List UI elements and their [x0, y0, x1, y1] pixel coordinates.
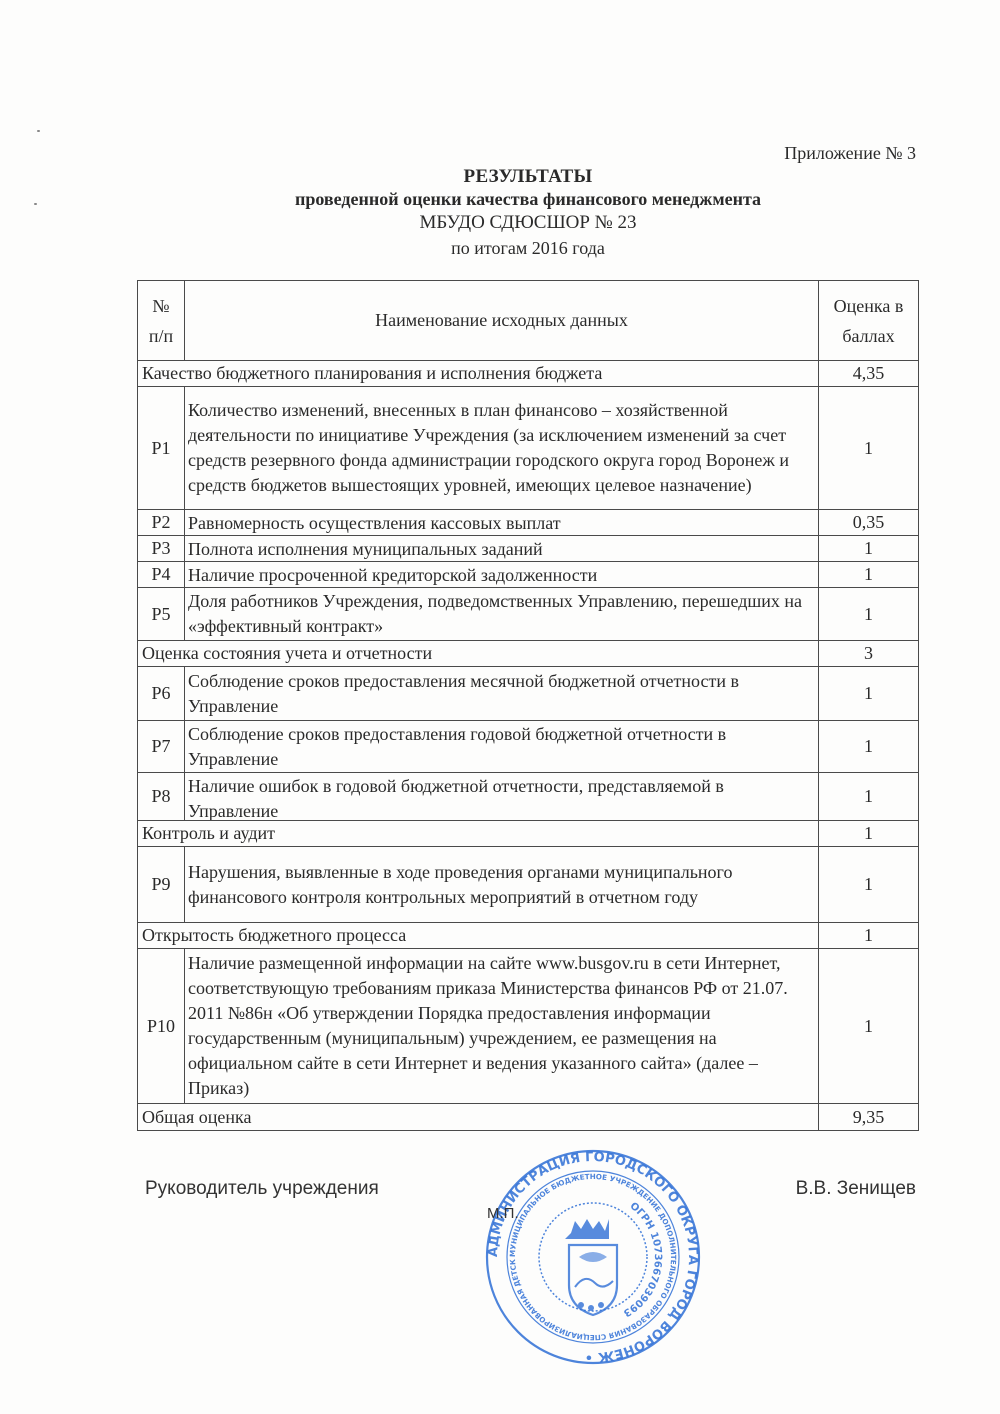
round-seal-icon: АДМИНИСТРАЦИЯ ГОРОДСКОГО ОКРУГА ГОРОД ВО… — [483, 1147, 703, 1367]
table-row: Р2Равномерность осуществления кассовых в… — [138, 510, 919, 536]
row-score: 1 — [819, 847, 919, 923]
row-name: Наличие размещенной информации на сайте … — [185, 949, 819, 1104]
row-number: Р6 — [138, 667, 185, 721]
table-row: Р8Наличие ошибок в годовой бюджетной отч… — [138, 773, 919, 821]
section-score: 3 — [819, 641, 919, 667]
row-name: Количество изменений, внесенных в план ф… — [185, 387, 819, 510]
table-row: Р5Доля работников Учреждения, подведомст… — [138, 588, 919, 641]
section-row: Качество бюджетного планирования и испол… — [138, 361, 919, 387]
table-body: Качество бюджетного планирования и испол… — [138, 361, 919, 1131]
row-number: Р2 — [138, 510, 185, 536]
table-row: Р6Соблюдение сроков предоставления месяч… — [138, 667, 919, 721]
row-score: 1 — [819, 721, 919, 773]
reporting-period: по итогам 2016 года — [0, 238, 1000, 259]
total-row: Общая оценка9,35 — [138, 1104, 919, 1131]
table-row: Р7Соблюдение сроков предоставления годов… — [138, 721, 919, 773]
row-number: Р8 — [138, 773, 185, 821]
section-row: Оценка состояния учета и отчетности3 — [138, 641, 919, 667]
total-score: 9,35 — [819, 1104, 919, 1131]
row-number: Р5 — [138, 588, 185, 641]
row-name: Наличие ошибок в годовой бюджетной отчет… — [185, 773, 819, 821]
row-name: Нарушения, выявленные в ходе проведения … — [185, 847, 819, 923]
table-row: Р10Наличие размещенной информации на сай… — [138, 949, 919, 1104]
row-number: Р1 — [138, 387, 185, 510]
table-row: Р4Наличие просроченной кредиторской задо… — [138, 562, 919, 588]
row-number: Р4 — [138, 562, 185, 588]
section-title: Открытость бюджетного процесса — [138, 923, 819, 949]
row-name: Доля работников Учреждения, подведомстве… — [185, 588, 819, 641]
column-header-score: Оценка в баллах — [819, 281, 919, 361]
results-table: № п/п Наименование исходных данных Оценк… — [137, 280, 919, 1131]
row-name: Соблюдение сроков предоставления годовой… — [185, 721, 819, 773]
scan-speck — [37, 130, 40, 132]
document-subtitle: проведенной оценки качества финансового … — [0, 189, 1000, 210]
row-score: 1 — [819, 387, 919, 510]
row-score: 1 — [819, 773, 919, 821]
appendix-label: Приложение № 3 — [784, 143, 916, 164]
section-title: Оценка состояния учета и отчетности — [138, 641, 819, 667]
document-title: РЕЗУЛЬТАТЫ — [0, 166, 1000, 188]
column-header-name: Наименование исходных данных — [185, 281, 819, 361]
section-title: Контроль и аудит — [138, 821, 819, 847]
signature-label: Руководитель учреждения — [145, 1178, 379, 1200]
row-score: 1 — [819, 562, 919, 588]
row-name: Наличие просроченной кредиторской задолж… — [185, 562, 819, 588]
scan-speck — [34, 203, 37, 205]
section-row: Контроль и аудит1 — [138, 821, 919, 847]
row-number: Р10 — [138, 949, 185, 1104]
row-name: Полнота исполнения муниципальных заданий — [185, 536, 819, 562]
row-score: 1 — [819, 667, 919, 721]
row-score: 1 — [819, 536, 919, 562]
table-row: Р9Нарушения, выявленные в ходе проведени… — [138, 847, 919, 923]
row-number: Р7 — [138, 721, 185, 773]
organization-name: МБУДО СДЮСШОР № 23 — [0, 212, 1000, 234]
table-row: Р3Полнота исполнения муниципальных задан… — [138, 536, 919, 562]
row-number: Р3 — [138, 536, 185, 562]
seal-mark-label: М.П. — [487, 1205, 519, 1222]
total-label: Общая оценка — [138, 1104, 819, 1131]
section-score: 4,35 — [819, 361, 919, 387]
row-number: Р9 — [138, 847, 185, 923]
row-name: Равномерность осуществления кассовых вып… — [185, 510, 819, 536]
row-score: 1 — [819, 588, 919, 641]
row-score: 1 — [819, 949, 919, 1104]
column-header-number: № п/п — [138, 281, 185, 361]
section-score: 1 — [819, 923, 919, 949]
row-name: Соблюдение сроков предоставления месячно… — [185, 667, 819, 721]
section-title: Качество бюджетного планирования и испол… — [138, 361, 819, 387]
row-score: 0,35 — [819, 510, 919, 536]
section-score: 1 — [819, 821, 919, 847]
signature-name: В.В. Зенищев — [796, 1178, 916, 1200]
table-header-row: № п/п Наименование исходных данных Оценк… — [138, 281, 919, 361]
section-row: Открытость бюджетного процесса1 — [138, 923, 919, 949]
table-row: Р1Количество изменений, внесенных в план… — [138, 387, 919, 510]
